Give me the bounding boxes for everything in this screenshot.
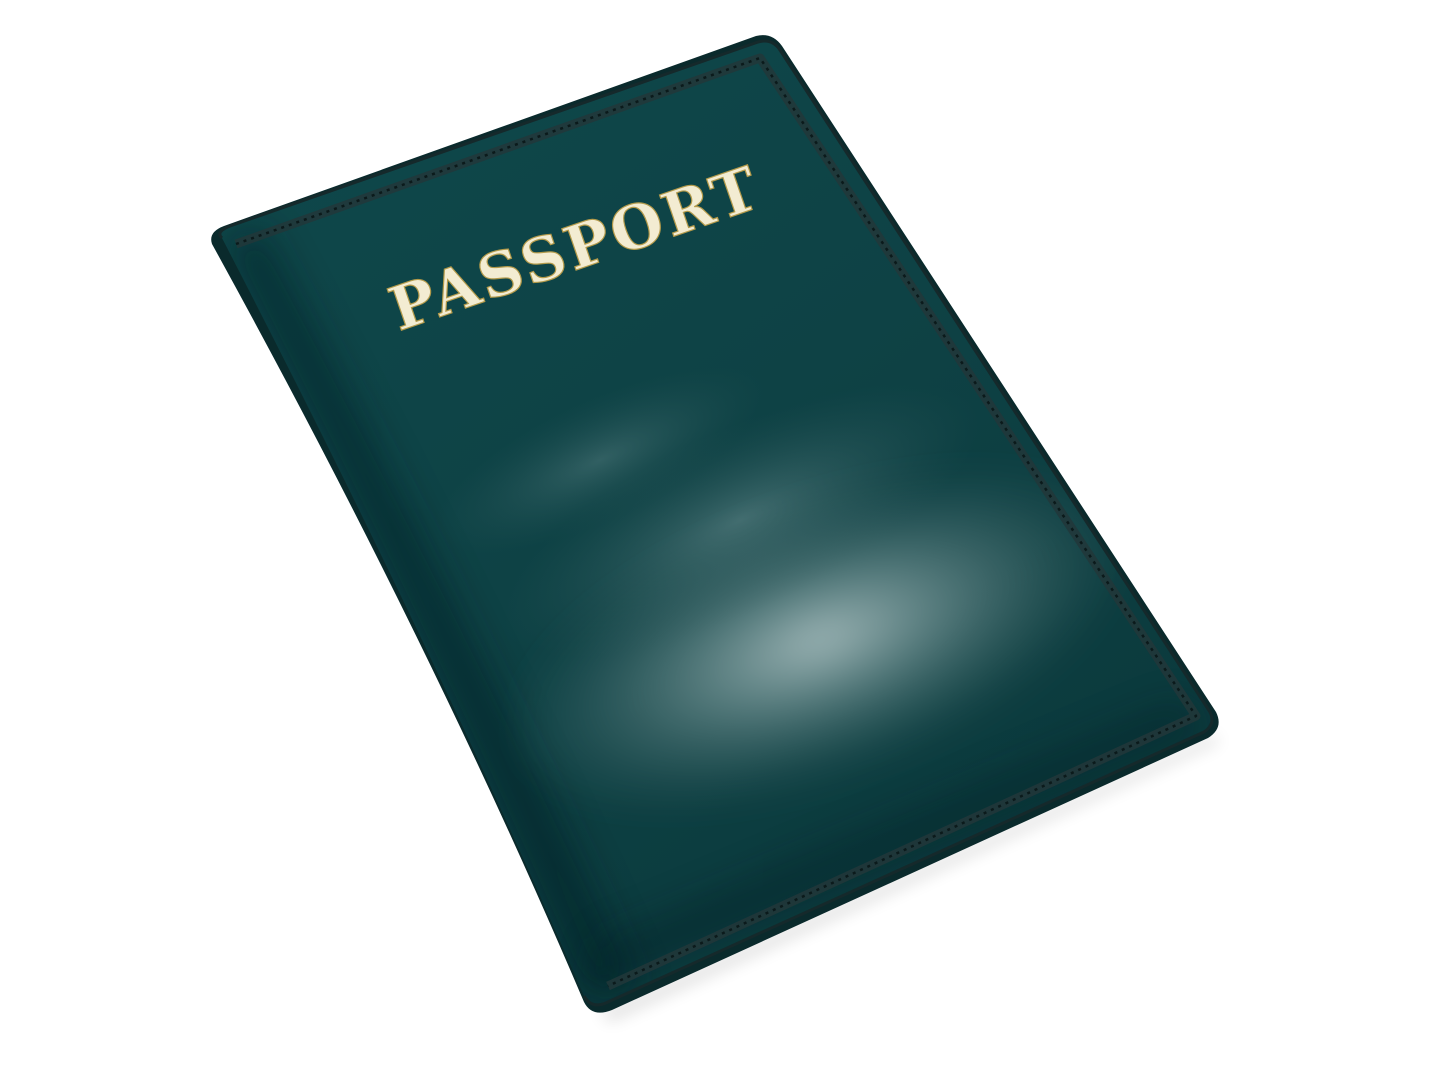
product-photo: PASSPORT bbox=[0, 0, 1445, 1084]
